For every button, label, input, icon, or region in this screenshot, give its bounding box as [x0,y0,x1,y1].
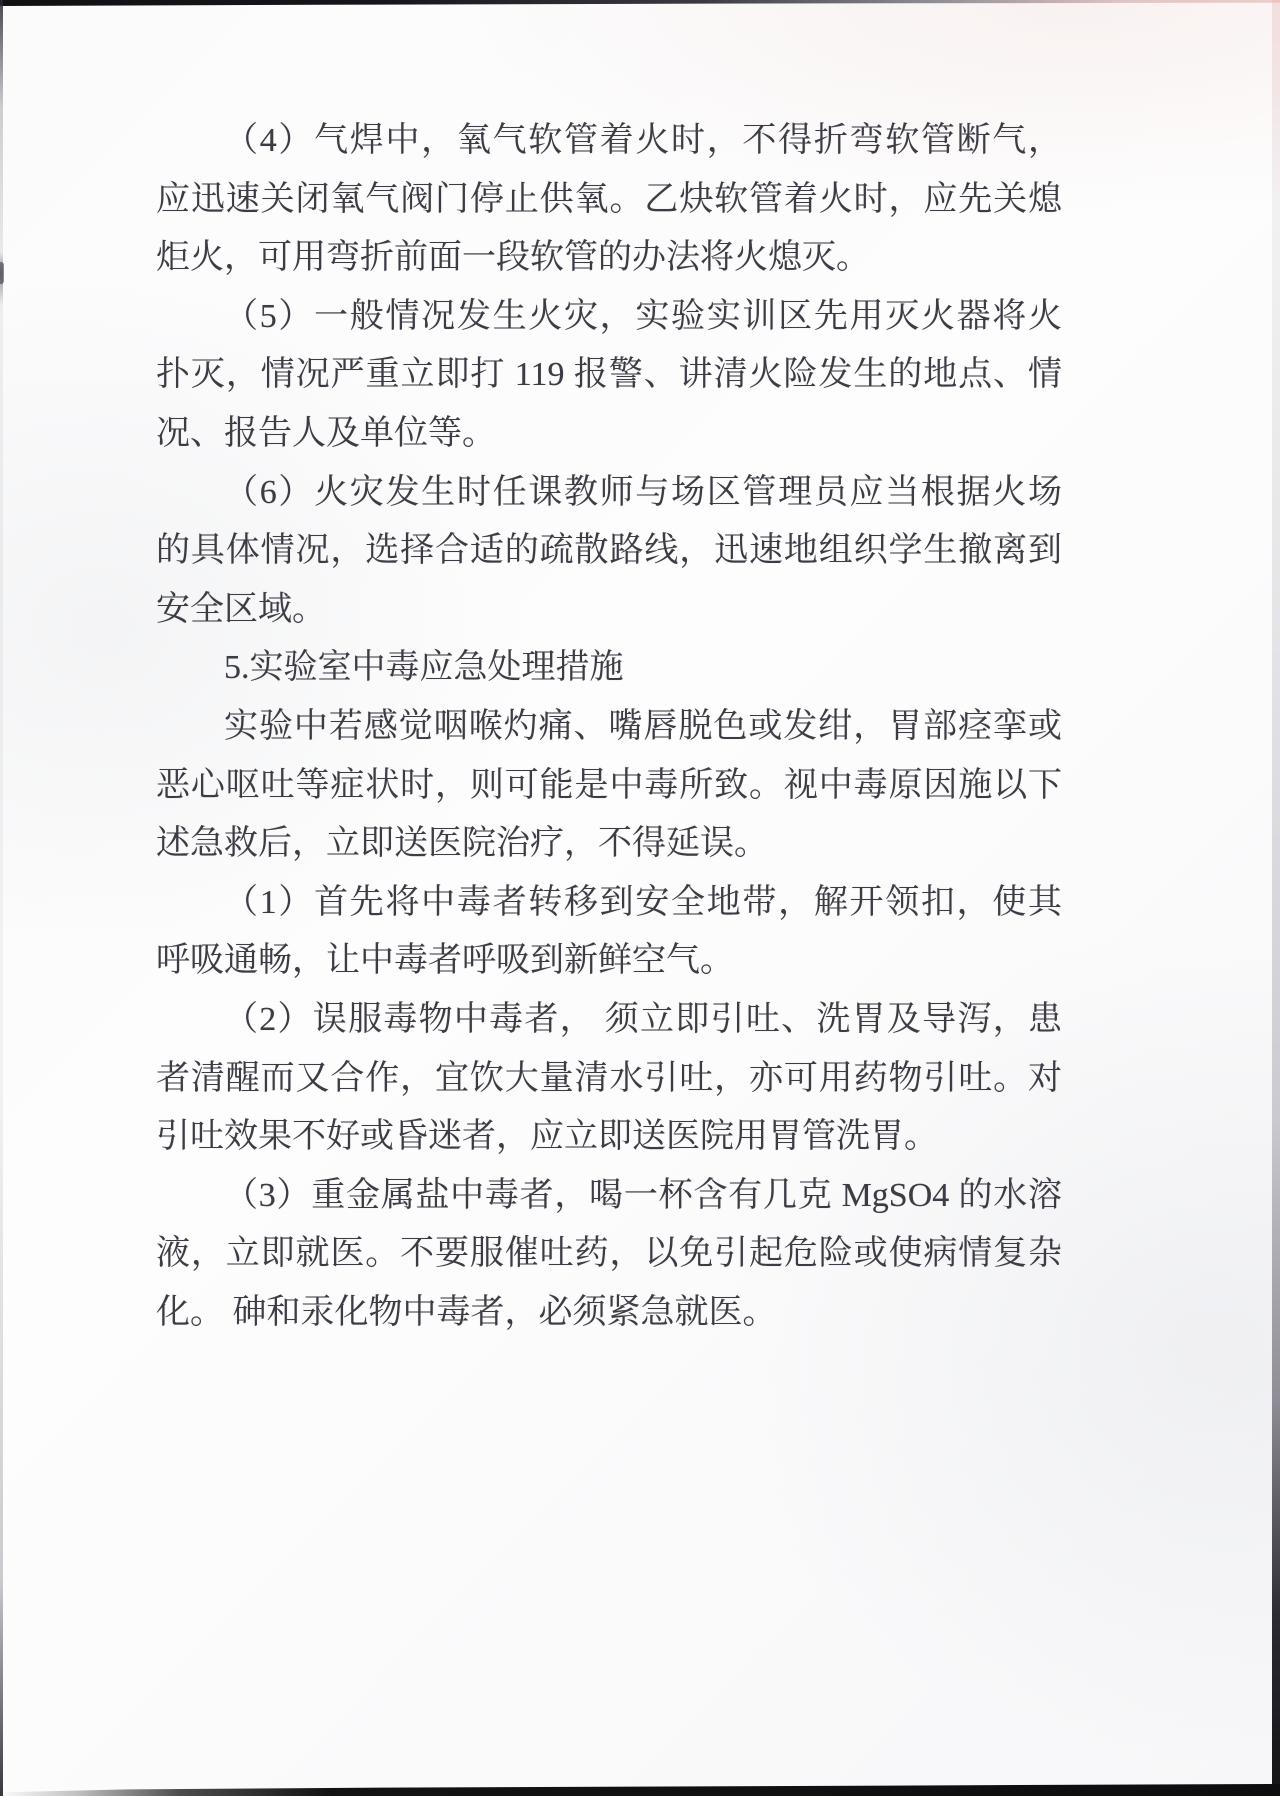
text-line: 炬火，可用弯折前面一段软管的办法将火熄灭。 [156,229,1062,288]
section-heading-text: 5.实验室中毒应急处理措施 [156,639,1062,698]
paragraph-poisoning-item2: （2）误服毒物中毒者， 须立即引吐、洗胃及导泻，患 者清醒而又合作，宜饮大量清水… [156,991,1062,1167]
text-line: （1）首先将中毒者转移到安全地带，解开领扣，使其 [156,874,1062,933]
paragraph-fire-item4: （4）气焊中，氧气软管着火时，不得折弯软管断气， 应迅速关闭氧气阀门停止供氧。乙… [156,112,1062,288]
text-line: （5）一般情况发生火灾，实验实训区先用灭火器将火 [156,288,1062,347]
scanned-document-page: （4）气焊中，氧气软管着火时，不得折弯软管断气， 应迅速关闭氧气阀门停止供氧。乙… [0,0,1280,1796]
text-line: 呼吸通畅，让中毒者呼吸到新鲜空气。 [156,932,1062,991]
text-line: 恶心呕吐等症状时，则可能是中毒所致。视中毒原因施以下 [156,757,1062,816]
text-line: 述急救后，立即送医院治疗，不得延误。 [156,815,1062,874]
scan-edge-top [0,0,1280,6]
paragraph-fire-item6: （6）火灾发生时任课教师与场区管理员应当根据火场 的具体情况，选择合适的疏散路线… [156,464,1062,640]
text-line: 者清醒而又合作，宜饮大量清水引吐，亦可用药物引吐。对 [156,1050,1062,1109]
text-line: （6）火灾发生时任课教师与场区管理员应当根据火场 [156,464,1062,523]
text-line: 引吐效果不好或昏迷者，应立即送医院用胃管洗胃。 [156,1108,1062,1167]
text-line: 应迅速关闭氧气阀门停止供氧。乙炔软管着火时，应先关熄 [156,171,1062,230]
paragraph-poisoning-item1: （1）首先将中毒者转移到安全地带，解开领扣，使其 呼吸通畅，让中毒者呼吸到新鲜空… [156,874,1062,991]
paragraph-fire-item5: （5）一般情况发生火灾，实验实训区先用灭火器将火 扑灭，情况严重立即打 119 … [156,288,1062,464]
text-line: （3）重金属盐中毒者，喝一杯含有几克 MgSO4 的水溶 [156,1167,1062,1226]
text-line: 的具体情况，选择合适的疏散路线，迅速地组织学生撤离到 [156,522,1062,581]
text-line: （2）误服毒物中毒者， 须立即引吐、洗胃及导泻，患 [156,991,1062,1050]
text-line: 化。 砷和汞化物中毒者，必须紧急就医。 [156,1284,1062,1343]
text-line: 安全区域。 [156,581,1062,640]
text-line: 扑灭，情况严重立即打 119 报警、讲清火险发生的地点、情 [156,346,1062,405]
scan-smudge-mark [0,262,4,284]
paragraph-poisoning-intro: 实验中若感觉咽喉灼痛、嘴唇脱色或发绀，胃部痉挛或 恶心呕吐等症状时，则可能是中毒… [156,698,1062,874]
text-line: 实验中若感觉咽喉灼痛、嘴唇脱色或发绀，胃部痉挛或 [156,698,1062,757]
text-line: 况、报告人及单位等。 [156,405,1062,464]
scan-edge-right [1272,0,1280,1796]
paragraph-poisoning-item3: （3）重金属盐中毒者，喝一杯含有几克 MgSO4 的水溶 液，立即就医。不要服催… [156,1167,1062,1343]
scan-edge-bottom [0,1784,1280,1796]
document-text: （4）气焊中，氧气软管着火时，不得折弯软管断气， 应迅速关闭氧气阀门停止供氧。乙… [156,112,1062,1342]
text-line: 液，立即就医。不要服催吐药，以免引起危险或使病情复杂 [156,1225,1062,1284]
text-line: （4）气焊中，氧气软管着火时，不得折弯软管断气， [156,112,1062,171]
section-heading-poisoning: 5.实验室中毒应急处理措施 [156,639,1062,698]
